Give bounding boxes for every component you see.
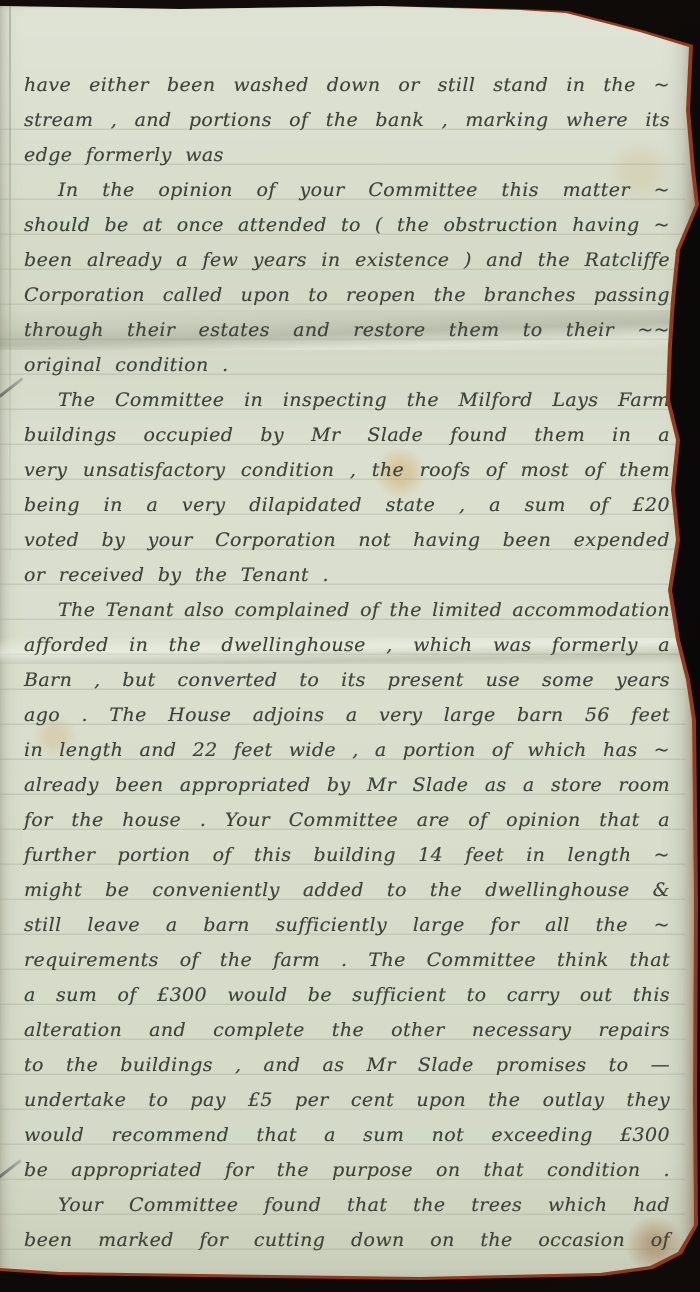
manuscript-line: a sum of £300 would be sufficient to car… xyxy=(24,978,670,1013)
manuscript-line: been already a few years in existence ) … xyxy=(24,243,670,278)
manuscript-line: further portion of this building 14 feet… xyxy=(24,838,670,873)
manuscript-line: The Tenant also complained of the limite… xyxy=(24,593,670,628)
manuscript-line: alteration and complete the other necess… xyxy=(24,1013,670,1048)
manuscript-line: edge formerly was xyxy=(24,138,670,173)
manuscript-line: or received by the Tenant . xyxy=(24,558,670,593)
manuscript-line: for the house . Your Committee are of op… xyxy=(24,803,670,838)
manuscript-page: have either been washed down or still st… xyxy=(0,0,700,1292)
manuscript-line: Corporation called upon to reopen the br… xyxy=(24,278,670,313)
manuscript-line: Barn , but converted to its present use … xyxy=(24,663,670,698)
pencil-tick-mark xyxy=(0,377,24,398)
manuscript-line: through their estates and restore them t… xyxy=(24,313,670,348)
manuscript-line: still leave a barn sufficiently large fo… xyxy=(24,908,670,943)
manuscript-text: have either been washed down or still st… xyxy=(24,68,670,1258)
manuscript-line: to the buildings , and as Mr Slade promi… xyxy=(24,1048,670,1083)
manuscript-line: being in a very dilapidated state , a su… xyxy=(24,488,670,523)
manuscript-line: would recommend that a sum not exceeding… xyxy=(24,1118,670,1153)
pencil-tick-mark xyxy=(0,1159,22,1180)
manuscript-line: stream , and portions of the bank , mark… xyxy=(24,103,670,138)
manuscript-line: already been appropriated by Mr Slade as… xyxy=(24,768,670,803)
manuscript-line: original condition . xyxy=(24,348,670,383)
manuscript-line: undertake to pay £5 per cent upon the ou… xyxy=(24,1083,670,1118)
manuscript-line: requirements of the farm . The Committee… xyxy=(24,943,670,978)
manuscript-line: The Committee in inspecting the Milford … xyxy=(24,383,670,418)
manuscript-line: might be conveniently added to the dwell… xyxy=(24,873,670,908)
manuscript-line: been marked for cutting down on the occa… xyxy=(24,1223,670,1258)
manuscript-line: very unsatisfactory condition , the roof… xyxy=(24,453,670,488)
manuscript-line: afforded in the dwellinghouse , which wa… xyxy=(24,628,670,663)
vertical-crease xyxy=(9,0,11,560)
manuscript-line: buildings occupied by Mr Slade found the… xyxy=(24,418,670,453)
manuscript-line: In the opinion of your Committee this ma… xyxy=(24,173,670,208)
photo-background: have either been washed down or still st… xyxy=(0,0,700,1292)
manuscript-line: have either been washed down or still st… xyxy=(24,68,670,103)
manuscript-line: ago . The House adjoins a very large bar… xyxy=(24,698,670,733)
manuscript-line: in length and 22 feet wide , a portion o… xyxy=(24,733,670,768)
manuscript-line: Your Committee found that the trees whic… xyxy=(24,1188,670,1223)
manuscript-line: should be at once attended to ( the obst… xyxy=(24,208,670,243)
manuscript-line: voted by your Corporation not having bee… xyxy=(24,523,670,558)
manuscript-line: be appropriated for the purpose on that … xyxy=(24,1153,670,1188)
